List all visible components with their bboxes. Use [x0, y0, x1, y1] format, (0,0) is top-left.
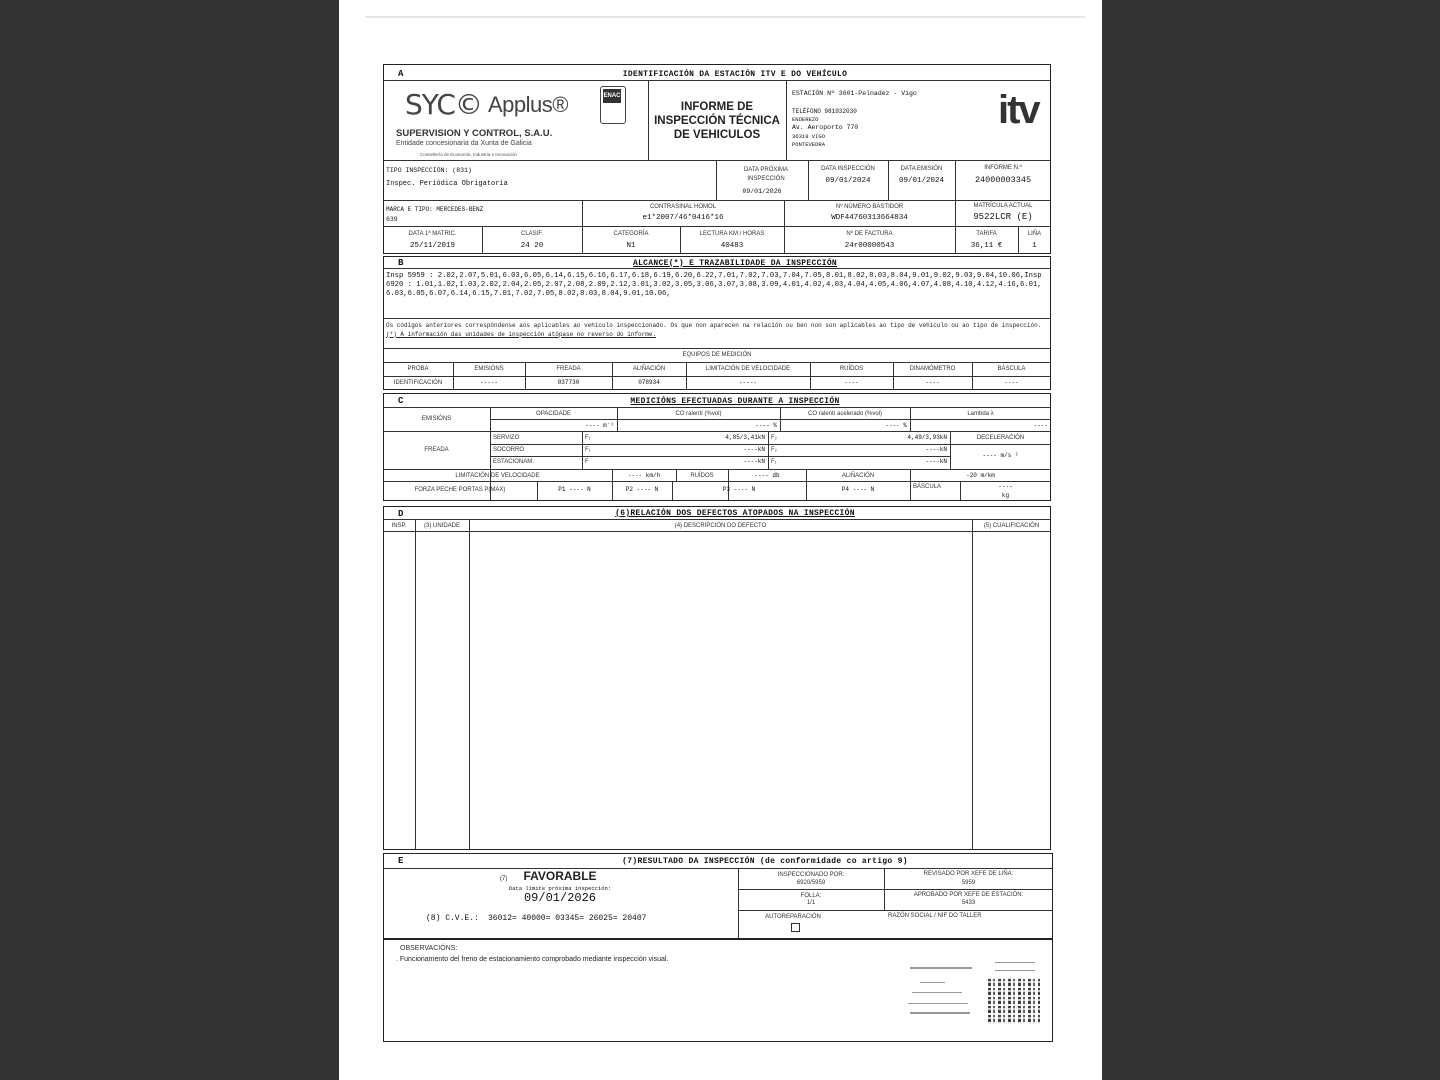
scope-note: Os códigos anteriores correspóndense aos…: [386, 322, 1050, 339]
emergency-f1-symbol: F₁: [585, 447, 591, 453]
speed-limit-label: LIMITACIÓN DE VELOCIDADE: [383, 473, 612, 479]
deceleration-label: DECELERACIÓN: [950, 435, 1051, 441]
door-force-p3: P3 ---- N: [672, 486, 806, 493]
lambda-value: ----: [910, 422, 1048, 429]
inspection-date-value: 09/01/2024: [808, 177, 888, 185]
emission-date-label: DATA EMISIÓN: [888, 166, 955, 172]
homologation-value: e1*2007/46*0416*16: [582, 214, 784, 222]
invoice-label: Nº DE FACTURA: [784, 231, 955, 237]
next-inspection-label: DATA PRÓXIMA INSPECCIÓN: [726, 166, 806, 184]
section-d-title: (6)RELACIÓN DOS DEFECTOS ATOPADOS NA INS…: [520, 509, 950, 518]
line-label: LIÑA: [1018, 231, 1051, 237]
parking-f2-value: ----kN: [785, 458, 947, 465]
emissions-label: EMISIÓNS: [383, 416, 490, 422]
approved-by-value: 5433: [884, 900, 1053, 906]
odometer-value: 40483: [680, 242, 784, 250]
fee-label: TARIFA: [955, 231, 1018, 237]
make-label: MARCA E TIPO: MERCEDES-BENZ: [386, 206, 483, 213]
noise-value: ---- db: [728, 472, 806, 479]
cve-value: 36012= 40000= 03345= 26025= 20407: [488, 914, 646, 923]
scope-note-1: Os códigos anteriores correspóndense aos…: [386, 322, 1050, 331]
inspected-by-label: INSPECCIONADO POR:: [738, 872, 884, 878]
equipment-header-dyno: DINAMÓMETRO: [893, 366, 972, 372]
line-value: 1: [1018, 242, 1051, 250]
inspection-type-value: Inspec. Periódica Obrigatoria: [386, 180, 508, 188]
defects-header-insp: INSP.: [383, 523, 415, 529]
noise-label: RUÍDOS: [676, 473, 728, 479]
door-force-p2: P2 ---- N: [612, 486, 672, 493]
observations-text: . Funcionamento del freno de estacionami…: [396, 956, 668, 963]
equipment-value-alignment: 078934: [612, 379, 686, 386]
station-address-label: ENDEREZO: [792, 116, 818, 123]
equipment-value-noise: ----: [810, 379, 893, 386]
equipment-value-dyno: ----: [893, 379, 972, 386]
equipment-value-speed: -----: [686, 379, 810, 386]
station-address: Av. Aeroporto 770: [792, 124, 858, 131]
lambda-label: Lambda λ: [910, 411, 1051, 417]
parking-f1-value: ----kN: [600, 458, 765, 465]
defects-table-body: [383, 531, 1051, 850]
equipment-value-emissions: -----: [453, 379, 525, 386]
section-b-title: ALCANCE(*) E TRAZABILIDADE DA INSPECCIÓN: [520, 259, 950, 268]
alignment-value: -20 m/km: [910, 472, 1051, 479]
section-a-title: IDENTIFICACIÓN DA ESTACIÓN ITV E DO VEHÍ…: [520, 70, 950, 79]
service-f2-symbol: F₂: [771, 435, 777, 441]
workshop-label: RAZÓN SOCIAL / NIF DO TALLER: [888, 913, 982, 919]
reviewed-by-value: 5959: [884, 880, 1053, 886]
parking-label: ESTACIONAM.: [493, 459, 534, 465]
approved-by-label: APROBADO POR XEFE DE ESTACIÓN:: [884, 892, 1053, 898]
equipment-header-proba: PROBA: [383, 366, 453, 372]
co-idle-label: CO ralentí (%vol): [617, 411, 780, 417]
opacity-label: OPACIDADE: [490, 411, 617, 417]
section-e-title: (7)RESULTADO DA INSPECCIÓN (de conformid…: [545, 857, 985, 866]
company-subtitle: Entidade concesionaria da Xunta de Galic…: [396, 140, 532, 147]
station-phone: TELÉFONO 981932030: [792, 108, 857, 115]
qr-caption-line: [995, 962, 1035, 963]
company-ministry: Consellería de Economía, Industria e Inn…: [420, 152, 517, 157]
emergency-f2-value: ----kN: [785, 446, 947, 453]
odometer-label: LECTURA KM / HORAS: [680, 231, 784, 237]
alignment-label: ALIÑACIÓN: [806, 473, 910, 479]
equipment-header-emissions: EMISIÓNS: [453, 366, 525, 372]
vin-label: Nº NÚMERO BASTIDOR: [784, 204, 955, 210]
service-f1-symbol: F₁: [585, 435, 591, 441]
vin-value: WDF44760313664834: [784, 214, 955, 222]
report-title: INFORME DE INSPECCIÓN TÉCNICA DE VEHICUL…: [652, 100, 782, 142]
defects-header-qualification: (5) CUALIFICACIÓN: [972, 523, 1051, 529]
scope-note-2: (*) A información das unidades de inspec…: [386, 331, 1050, 340]
co-fast-value: ---- %: [780, 422, 907, 429]
scale-value: ----: [960, 483, 1051, 490]
self-repair-label: AUTOREPARACIÓN: [738, 914, 848, 920]
section-c-letter: C: [398, 396, 403, 406]
opacity-value: ---- m⁻¹: [490, 422, 614, 429]
class-value: 24 20: [482, 242, 582, 250]
reviewed-by-label: REVISADO POR XEFE DE LIÑA:: [884, 871, 1053, 877]
result-value: FAVORABLE: [480, 869, 640, 883]
sheet-label: FOLLA:: [738, 893, 884, 899]
invoice-value: 24r00000543: [784, 242, 955, 250]
itv-logo: itv: [998, 88, 1039, 133]
emergency-label: SOCORRO: [493, 447, 524, 453]
co-idle-value: ---- %: [617, 422, 777, 429]
equipment-title: EQUIPOS DE MEDICIÓN: [383, 352, 1051, 358]
station-city: 36318 VIGO: [792, 133, 825, 140]
fee-value: 36,11 €: [955, 242, 1018, 250]
emergency-f1-value: ----kN: [600, 446, 765, 453]
section-e-letter: E: [398, 856, 403, 866]
scope-codes: Insp 5959 : 2.02,2.07,5.01,6.03,6.05,6.1…: [386, 272, 1050, 298]
equipment-header-alignment: ALIÑACIÓN: [612, 366, 686, 372]
class-label: CLASIF.: [482, 231, 582, 237]
parking-f2-symbol: F₁: [771, 459, 777, 465]
company-name: SUPERVISION Y CONTROL, S.A.U.: [396, 128, 552, 139]
scan-artifact-line: [365, 16, 1085, 18]
service-label: SERVIZO: [493, 435, 519, 441]
door-force-p1: P1 ---- N: [537, 486, 612, 493]
door-force-p4: P4 ---- N: [806, 486, 910, 493]
qr-code-icon: [988, 978, 1040, 1024]
next-inspection-value: 09/01/2026: [716, 188, 808, 195]
homologation-label: CONTRASINAL HOMOL: [582, 204, 784, 210]
service-f2-value: 4,49/3,93kN: [785, 434, 947, 441]
inspection-type-label: TIPO INSPECCIÓN: (831): [386, 167, 472, 174]
section-c-title: MEDICIÓNS EFECTUADAS DURANTE A INSPECCIÓ…: [520, 397, 950, 406]
service-f1-value: 4,85/3,41kN: [600, 434, 765, 441]
section-b-letter: B: [398, 258, 403, 268]
equipment-header-braking: FREADA: [525, 366, 612, 372]
defects-header-unit: (3) UNIDADE: [415, 523, 469, 529]
equipment-value-scale: ----: [972, 379, 1051, 386]
plate-label: MATRÍCULA ACTUAL: [955, 203, 1051, 209]
section-a-letter: A: [398, 69, 403, 79]
emission-date-value: 09/01/2024: [888, 177, 955, 185]
make-model: 639: [386, 216, 398, 223]
applus-logo: Applus®: [488, 92, 568, 118]
door-force-label: FORZA PECHE PORTAS P(MAX): [383, 487, 537, 493]
inspection-date-label: DATA INSPECCIÓN: [808, 166, 888, 172]
enac-logo-icon: ENAC: [600, 86, 626, 124]
scale-label: BÁSCULA: [913, 484, 941, 490]
observations-label: OBSERVACIÓNS:: [400, 945, 457, 952]
braking-label: FREADA: [383, 447, 490, 453]
equipment-value-id: IDENTIFICACIÓN: [383, 380, 453, 386]
scale-unit: kg: [960, 492, 1051, 499]
inspected-by-value: 6920/5959: [738, 880, 884, 886]
syc-logo: SYC©: [405, 88, 482, 121]
category-label: CATEGORÍA: [582, 231, 680, 237]
qr-caption-line-2: [995, 970, 1035, 971]
equipment-value-braking: 037730: [525, 379, 612, 386]
next-limit-date: 09/01/2026: [470, 891, 650, 905]
category-value: N1: [582, 242, 680, 250]
emergency-f2-symbol: F₂: [771, 447, 777, 453]
cve-label: (8) C.V.E.:: [426, 914, 479, 923]
self-repair-checkbox[interactable]: [791, 923, 800, 932]
deceleration-value: ---- m/s ²: [950, 452, 1051, 459]
reg-date-value: 25/11/2019: [383, 242, 482, 250]
defects-header-description: (4) DESCRIPCIÓN DO DEFECTO: [469, 523, 972, 529]
speed-limit-value: ---- km/h: [612, 472, 676, 479]
report-no-value: 24000003345: [955, 175, 1051, 185]
equipment-header-scale: BÁSCULA: [972, 366, 1051, 372]
equipment-header-noise: RUÍDOS: [810, 366, 893, 372]
equipment-header-speed: LIMITACIÓN DE VELOCIDADE: [686, 366, 810, 372]
parking-f1-symbol: F: [585, 459, 589, 465]
station-province: PONTEVEDRA: [792, 141, 825, 148]
sheet-value: 1/1: [738, 900, 884, 906]
co-fast-label: CO ralentí acelerado (%vol): [780, 411, 910, 417]
section-d-letter: D: [398, 509, 403, 519]
station-line: ESTACIÓN Nº 3601-Pelnadez - Vigo: [792, 90, 917, 97]
signature-stamp: [900, 950, 980, 1030]
report-no-label: INFORME N.º: [955, 165, 1051, 171]
reg-date-label: DATA 1ª MATRIC.: [383, 231, 482, 237]
plate-value: 9522LCR (E): [955, 212, 1051, 222]
